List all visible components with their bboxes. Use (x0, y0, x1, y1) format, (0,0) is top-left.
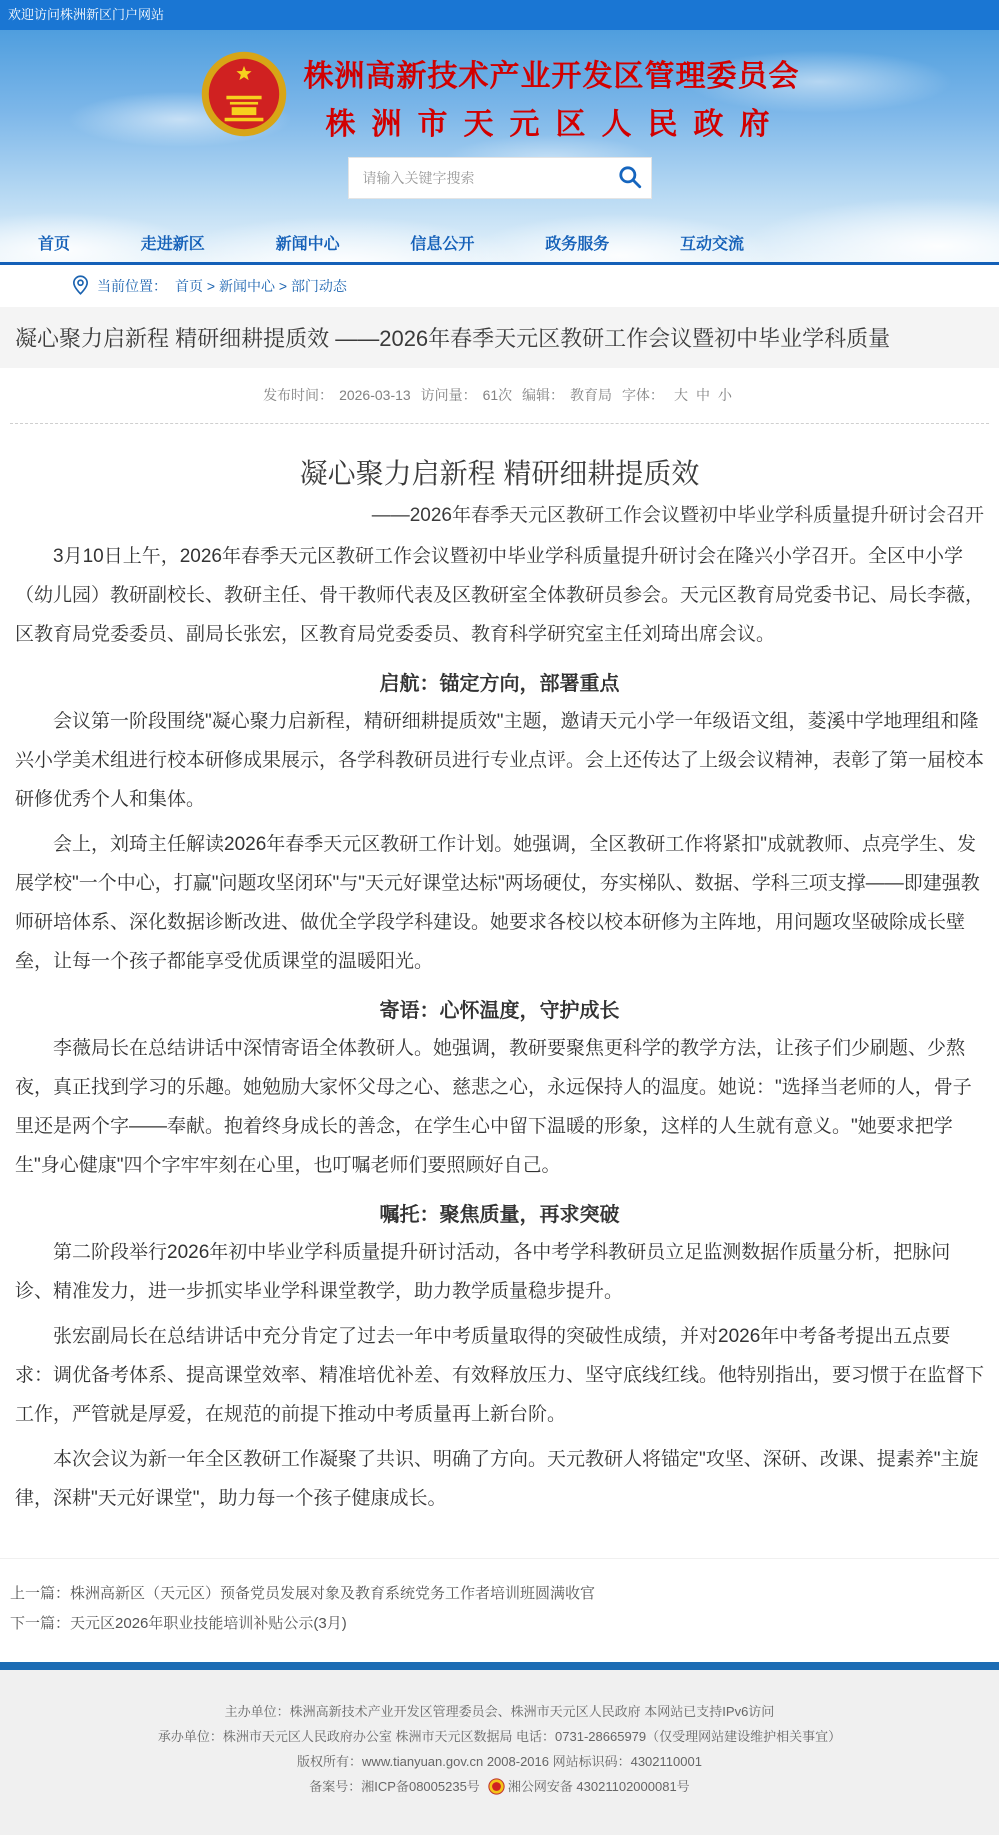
views-value: 61次 (483, 387, 513, 403)
publish-time-value: 2026-03-13 (339, 387, 411, 403)
nav-item[interactable]: 信息公开 (410, 231, 474, 254)
nav-item[interactable]: 政务服务 (545, 231, 609, 254)
welcome-text: 欢迎访问株洲新区门户网站 (8, 7, 164, 22)
breadcrumb-link[interactable]: 首页 (175, 278, 203, 294)
article-subtitle: ——2026年春季天元区教研工作会议暨初中毕业学科质量提升研讨会召开 (15, 500, 984, 527)
font-size-button[interactable]: 大 (674, 387, 688, 403)
police-license-link[interactable]: 湘公网安备 43021102000081号 (508, 1779, 690, 1794)
page-title-band: 凝心聚力启新程 精研细耕提质效 ——2026年春季天元区教研工作会议暨初中毕业学… (0, 307, 999, 368)
breadcrumb-trail: 首页 > 新闻中心 > 部门动态 (175, 276, 347, 296)
article-content: 3月10日上午，2026年春季天元区教研工作会议暨初中毕业学科质量提升研讨会在隆… (15, 537, 984, 1518)
main-nav: 首页走进新区新闻中心信息公开政务服务互动交流 (0, 222, 999, 265)
footer-host-line: 主办单位：株洲高新技术产业开发区管理委员会、株洲市天元区人民政府 本网站已支持I… (0, 1703, 999, 1721)
breadcrumb-link[interactable]: 部门动态 (291, 278, 347, 294)
footer-organizer-line: 承办单位：株洲市天元区人民政府办公室 株洲市天元区数据局 电话：0731-286… (0, 1728, 999, 1746)
article-pagination: 上一篇：株洲高新区（天元区）预备党员发展对象及教育系统党务工作者培训班圆满收官 … (0, 1558, 999, 1662)
font-size-label: 字体： (622, 387, 664, 403)
article-paragraph: 会上，刘琦主任解读2026年春季天元区教研工作计划。她强调，全区教研工作将紧扣"… (15, 825, 984, 981)
breadcrumb-separator: > (203, 278, 219, 294)
site-brand: 株洲高新技术产业开发区管理委员会 株洲市天元区人民政府 (0, 30, 999, 143)
editor-value: 教育局 (570, 387, 612, 403)
search-button[interactable] (612, 162, 648, 194)
nav-item[interactable]: 新闻中心 (276, 231, 340, 254)
location-pin-icon (72, 275, 89, 298)
font-size-button[interactable]: 小 (718, 387, 732, 403)
prev-article-label: 上一篇： (10, 1585, 70, 1602)
icp-license-link[interactable]: 备案号：湘ICP备08005235号 (309, 1779, 480, 1794)
footer-copyright-line: 版权所有：www.tianyuan.gov.cn 2008-2016 网站标识码… (0, 1753, 999, 1771)
search-icon (617, 178, 643, 193)
site-title-line2: 株洲市天元区人民政府 (304, 99, 800, 143)
breadcrumb: 当前位置： 首页 > 新闻中心 > 部门动态 (0, 265, 999, 307)
article-meta: 发布时间：2026-03-13 访问量：61次 编辑：教育局 字体：大中小 (0, 368, 999, 423)
nav-item[interactable]: 走进新区 (141, 231, 205, 254)
publish-time-label: 发布时间： (263, 387, 333, 403)
article-paragraph: 李薇局长在总结讲话中深情寄语全体教研人。她强调，教研要聚焦更科学的教学方法，让孩… (15, 1029, 984, 1185)
breadcrumb-link[interactable]: 新闻中心 (219, 278, 275, 294)
national-emblem-logo (200, 50, 288, 143)
font-size-button[interactable]: 中 (696, 387, 710, 403)
prev-article-link[interactable]: 株洲高新区（天元区）预备党员发展对象及教育系统党务工作者培训班圆满收官 (70, 1585, 595, 1602)
article-paragraph: 第二阶段举行2026年初中毕业学科质量提升研讨活动，各中考学科教研员立足监测数据… (15, 1233, 984, 1311)
footer-divider-bar (0, 1662, 999, 1670)
article-paragraph: 本次会议为新一年全区教研工作凝聚了共识、明确了方向。天元教研人将锚定"攻坚、深研… (15, 1440, 984, 1518)
search-bar (348, 157, 652, 199)
font-size-controls: 大中小 (670, 387, 736, 403)
article-paragraph: 张宏副局长在总结讲话中充分肯定了过去一年中考质量取得的突破性成绩，并对2026年… (15, 1317, 984, 1434)
views-label: 访问量： (421, 387, 477, 403)
article-body: 凝心聚力启新程 精研细耕提质效 ——2026年春季天元区教研工作会议暨初中毕业学… (10, 423, 989, 1558)
article-section-heading: 寄语：心怀温度，守护成长 (15, 994, 984, 1023)
article-title: 凝心聚力启新程 精研细耕提质效 (15, 452, 984, 492)
nav-item[interactable]: 首页 (38, 231, 70, 254)
article-section-heading: 启航：锚定方向，部署重点 (15, 667, 984, 696)
nav-item[interactable]: 互动交流 (680, 231, 744, 254)
search-input[interactable] (348, 157, 652, 199)
page-title: 凝心聚力启新程 精研细耕提质效 ——2026年春季天元区教研工作会议暨初中毕业学… (15, 322, 999, 353)
breadcrumb-separator: > (275, 278, 291, 294)
site-title-line1: 株洲高新技术产业开发区管理委员会 (304, 51, 800, 95)
article-paragraph: 3月10日上午，2026年春季天元区教研工作会议暨初中毕业学科质量提升研讨会在隆… (15, 537, 984, 654)
article-paragraph: 会议第一阶段围绕"凝心聚力启新程，精研细耕提质效"主题，邀请天元小学一年级语文组… (15, 702, 984, 819)
next-article-label: 下一篇： (10, 1615, 70, 1632)
article-section-heading: 嘱托：聚焦质量，再求突破 (15, 1198, 984, 1227)
site-header: 株洲高新技术产业开发区管理委员会 株洲市天元区人民政府 首页走进新区新闻中心信息… (0, 30, 999, 265)
site-footer: 主办单位：株洲高新技术产业开发区管理委员会、株洲市天元区人民政府 本网站已支持I… (0, 1670, 999, 1835)
breadcrumb-label: 当前位置： (97, 276, 167, 296)
top-welcome-bar: 欢迎访问株洲新区门户网站 (0, 0, 999, 30)
editor-label: 编辑： (522, 387, 564, 403)
next-article-link[interactable]: 天元区2026年职业技能培训补贴公示(3月) (70, 1615, 347, 1632)
police-badge-icon (488, 1778, 505, 1800)
